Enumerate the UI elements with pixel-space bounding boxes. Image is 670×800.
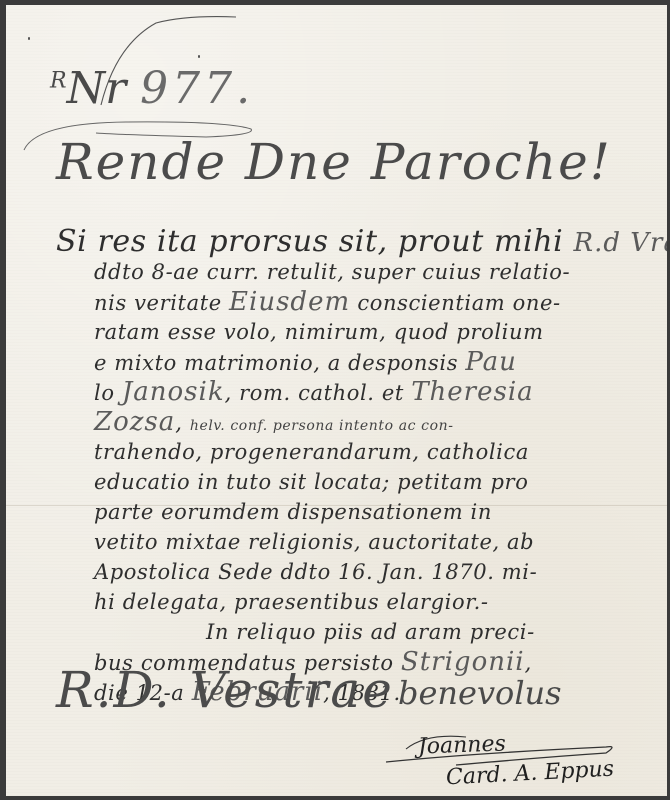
body-line-12: Apostolica Sede ddto 16. Jan. 1870. mi- — [56, 557, 656, 587]
place-name: Strigonii — [401, 647, 525, 677]
body-line-9: educatio in tuto sit locata; petitam pro — [56, 467, 656, 497]
letter-body: Si res ita prorsus sit, prout mihi R.d V… — [56, 227, 656, 707]
body-line-11: vetito mixtae religionis, auctoritate, a… — [56, 527, 656, 557]
body-line-5: e mixto matrimonio, a desponsis Pau — [56, 347, 656, 377]
body-line-6: lo Janosik, rom. cathol. et Theresia — [56, 377, 656, 407]
reference-number: RNr 977. — [50, 67, 254, 111]
body-line-14: In reliquo piis ad aram preci- — [56, 617, 656, 647]
body-line-7: Zozsa, helv. conf. persona intento ac co… — [56, 407, 656, 437]
body-line-3: nis veritate Eiusdem conscientiam one- — [56, 287, 656, 317]
bride-name: Theresia — [411, 377, 533, 407]
groom-surname: Janosik — [122, 377, 225, 407]
closing-phrase: R.D. Vestrae — [56, 665, 394, 715]
valediction: benevolus — [398, 677, 562, 709]
body-line-10: parte eorumdem dispensationem in — [56, 497, 656, 527]
signature-first-name: Joannes — [418, 733, 507, 758]
salutation-heading: Rende Dne Paroche! — [56, 137, 612, 187]
reference-prefix: R — [50, 68, 67, 93]
confession-note: helv. conf. — [190, 418, 268, 434]
document-frame: RNr 977. Rende Dne Paroche! Si res ita p… — [0, 0, 670, 800]
body-line-13: hi delegata, praesentibus elargior.- — [56, 587, 656, 617]
paper-speck — [28, 37, 30, 40]
reference-label: Nr — [67, 63, 127, 114]
addressee-abbrev: R.d Vra — [574, 228, 667, 258]
body-line-2: ddto 8-ae curr. retulit, super cuius rel… — [56, 257, 656, 287]
paper-speck — [198, 55, 200, 58]
signature-title: Card. A. Eppus — [446, 759, 615, 790]
bride-surname: Zozsa — [94, 407, 175, 437]
body-line-4: ratam esse volo, nimirum, quod prolium — [56, 317, 656, 347]
groom-name-part: Pau — [465, 347, 517, 377]
body-line-8: trahendo, progenerandarum, catholica — [56, 437, 656, 467]
paper-sheet: RNr 977. Rende Dne Paroche! Si res ita p… — [6, 5, 667, 796]
reference-value: 977. — [140, 63, 254, 114]
body-line-1: Si res ita prorsus sit, prout mihi R.d V… — [56, 227, 656, 257]
